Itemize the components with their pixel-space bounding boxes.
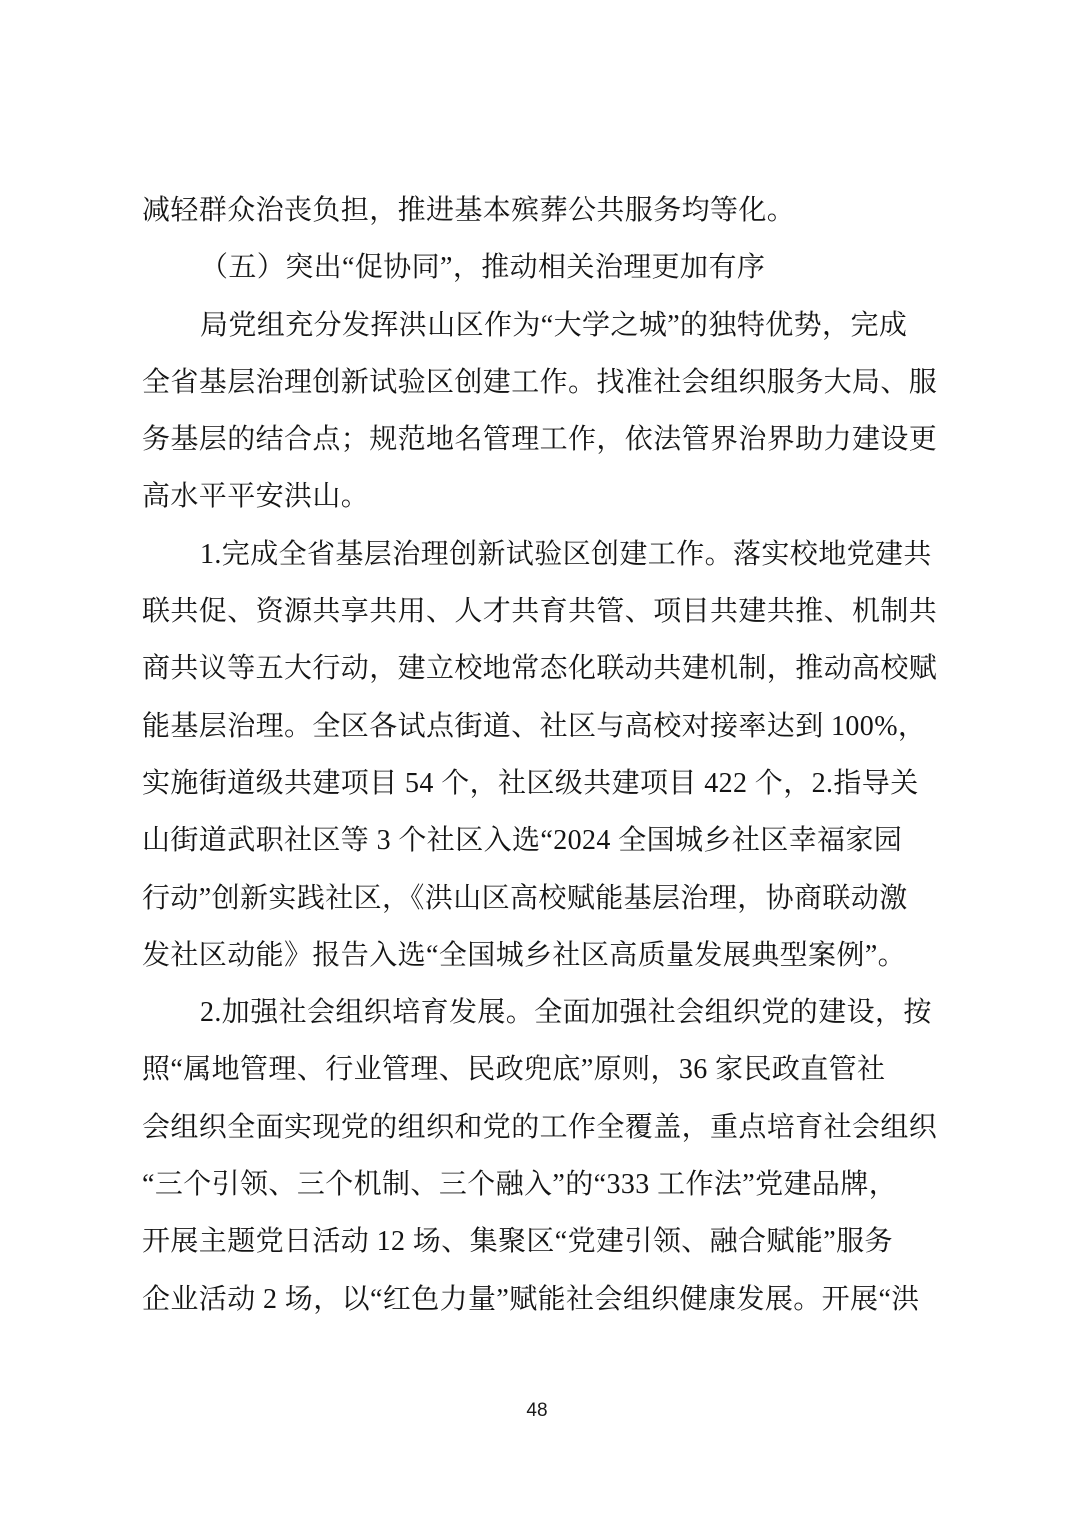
text-line: 商共议等五大行动，建立校地常态化联动共建机制，推动高校赋 [142, 640, 942, 697]
text-line: 联共促、资源共享共用、人才共育共管、项目共建共推、机制共 [142, 583, 942, 640]
text-line: 实施街道级共建项目 54 个，社区级共建项目 422 个，2.指导关 [142, 755, 942, 812]
text-line: 1.完成全省基层治理创新试验区创建工作。落实校地党建共 [142, 526, 942, 583]
text-line: 2.加强社会组织培育发展。全面加强社会组织党的建设，按 [142, 984, 942, 1041]
text-line: 减轻群众治丧负担，推进基本殡葬公共服务均等化。 [142, 182, 942, 239]
text-line: 全省基层治理创新试验区创建工作。找准社会组织服务大局、服 [142, 354, 942, 411]
text-line: 行动”创新实践社区，《洪山区高校赋能基层治理，协商联动激 [142, 870, 942, 927]
text-line: 照“属地管理、行业管理、民政兜底”原则，36 家民政直管社 [142, 1041, 942, 1098]
text-line: 会组织全面实现党的组织和党的工作全覆盖，重点培育社会组织 [142, 1099, 942, 1156]
text-line: 能基层治理。全区各试点街道、社区与高校对接率达到 100%， [142, 698, 942, 755]
page-number: 48 [0, 1400, 1074, 1422]
text-line: 局党组充分发挥洪山区作为“大学之城”的独特优势，完成 [142, 297, 942, 354]
body-text: 减轻群众治丧负担，推进基本殡葬公共服务均等化。 （五）突出“促协同”，推动相关治… [142, 182, 942, 1328]
text-line: 高水平平安洪山。 [142, 468, 942, 525]
text-line: “三个引领、三个机制、三个融入”的“333 工作法”党建品牌， [142, 1156, 942, 1213]
document-page: 减轻群众治丧负担，推进基本殡葬公共服务均等化。 （五）突出“促协同”，推动相关治… [0, 0, 1074, 1520]
section-heading: （五）突出“促协同”，推动相关治理更加有序 [142, 239, 942, 296]
text-line: 山街道武职社区等 3 个社区入选“2024 全国城乡社区幸福家园 [142, 812, 942, 869]
text-line: 务基层的结合点；规范地名管理工作，依法管界治界助力建设更 [142, 411, 942, 468]
text-line: 企业活动 2 场，以“红色力量”赋能社会组织健康发展。开展“洪 [142, 1271, 942, 1328]
text-line: 开展主题党日活动 12 场、集聚区“党建引领、融合赋能”服务 [142, 1213, 942, 1270]
text-line: 发社区动能》报告入选“全国城乡社区高质量发展典型案例”。 [142, 927, 942, 984]
